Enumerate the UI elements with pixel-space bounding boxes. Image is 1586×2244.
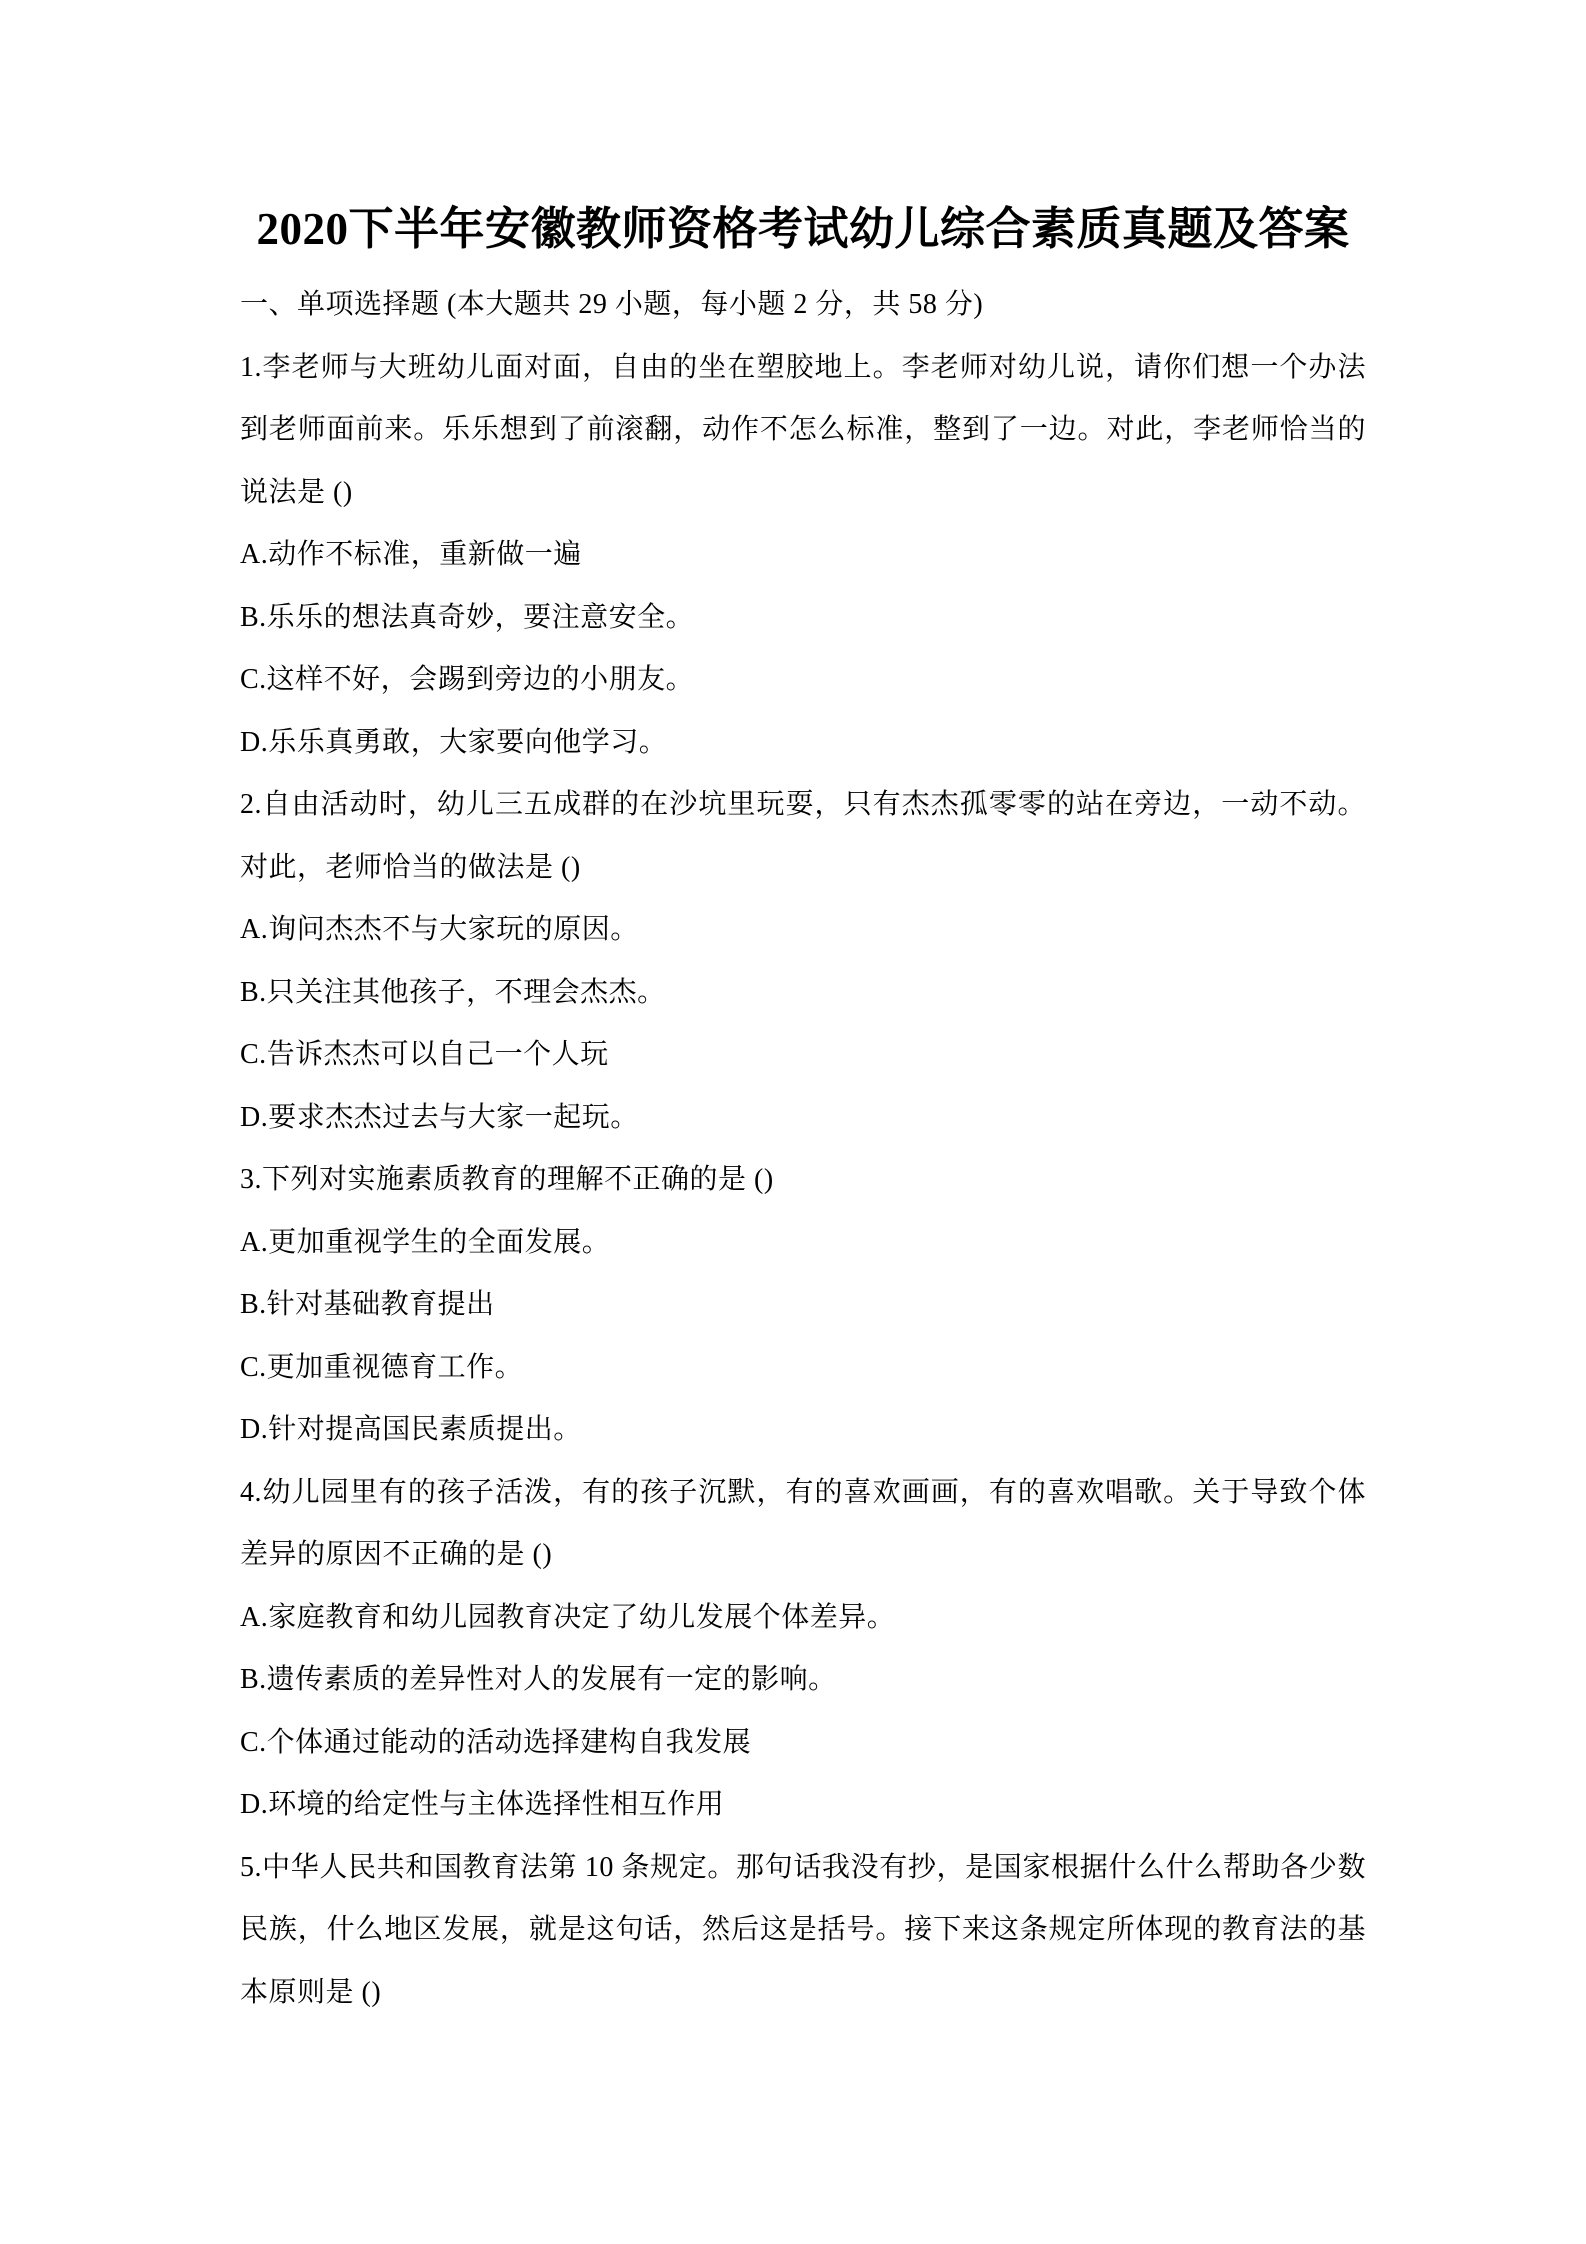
question-option: A.动作不标准，重新做一遍 xyxy=(240,524,1366,587)
document-title: 2020下半年安徽教师资格考试幼儿综合素质真题及答案 xyxy=(240,198,1366,260)
question-option: B.只关注其他孩子，不理会杰杰。 xyxy=(240,962,1366,1025)
question-option: B.乐乐的想法真奇妙，要注意安全。 xyxy=(240,587,1366,650)
question-option: D.针对提高国民素质提出。 xyxy=(240,1399,1366,1462)
question-stem: 5.中华人民共和国教育法第 10 条规定。那句话我没有抄，是国家根据什么什么帮助… xyxy=(240,1837,1366,2025)
question-option: A.更加重视学生的全面发展。 xyxy=(240,1212,1366,1275)
question-stem: 1.李老师与大班幼儿面对面，自由的坐在塑胶地上。李老师对幼儿说，请你们想一个办法… xyxy=(240,337,1366,525)
question-option: D.乐乐真勇敢，大家要向他学习。 xyxy=(240,712,1366,775)
question-option: C.告诉杰杰可以自己一个人玩 xyxy=(240,1024,1366,1087)
question-option: C.更加重视德育工作。 xyxy=(240,1337,1366,1400)
question-stem: 4.幼儿园里有的孩子活泼，有的孩子沉默，有的喜欢画画，有的喜欢唱歌。关于导致个体… xyxy=(240,1462,1366,1587)
question-option: C.这样不好，会踢到旁边的小朋友。 xyxy=(240,649,1366,712)
section-heading: 一、单项选择题 (本大题共 29 小题，每小题 2 分，共 58 分) xyxy=(240,274,1366,337)
question-option: B.遗传素质的差异性对人的发展有一定的影响。 xyxy=(240,1649,1366,1712)
question-3: 3.下列对实施素质教育的理解不正确的是 () A.更加重视学生的全面发展。 B.… xyxy=(240,1149,1366,1462)
question-5: 5.中华人民共和国教育法第 10 条规定。那句话我没有抄，是国家根据什么什么帮助… xyxy=(240,1837,1366,2025)
question-option: D.环境的给定性与主体选择性相互作用 xyxy=(240,1774,1366,1837)
question-option: A.家庭教育和幼儿园教育决定了幼儿发展个体差异。 xyxy=(240,1587,1366,1650)
question-stem: 3.下列对实施素质教育的理解不正确的是 () xyxy=(240,1149,1366,1212)
document-page: 2020下半年安徽教师资格考试幼儿综合素质真题及答案 一、单项选择题 (本大题共… xyxy=(0,0,1586,2244)
question-option: C.个体通过能动的活动选择建构自我发展 xyxy=(240,1712,1366,1775)
question-stem: 2.自由活动时，幼儿三五成群的在沙坑里玩耍，只有杰杰孤零零的站在旁边，一动不动。… xyxy=(240,774,1366,899)
question-4: 4.幼儿园里有的孩子活泼，有的孩子沉默，有的喜欢画画，有的喜欢唱歌。关于导致个体… xyxy=(240,1462,1366,1837)
question-option: D.要求杰杰过去与大家一起玩。 xyxy=(240,1087,1366,1150)
question-2: 2.自由活动时，幼儿三五成群的在沙坑里玩耍，只有杰杰孤零零的站在旁边，一动不动。… xyxy=(240,774,1366,1149)
question-1: 1.李老师与大班幼儿面对面，自由的坐在塑胶地上。李老师对幼儿说，请你们想一个办法… xyxy=(240,337,1366,775)
question-option: B.针对基础教育提出 xyxy=(240,1274,1366,1337)
question-option: A.询问杰杰不与大家玩的原因。 xyxy=(240,899,1366,962)
